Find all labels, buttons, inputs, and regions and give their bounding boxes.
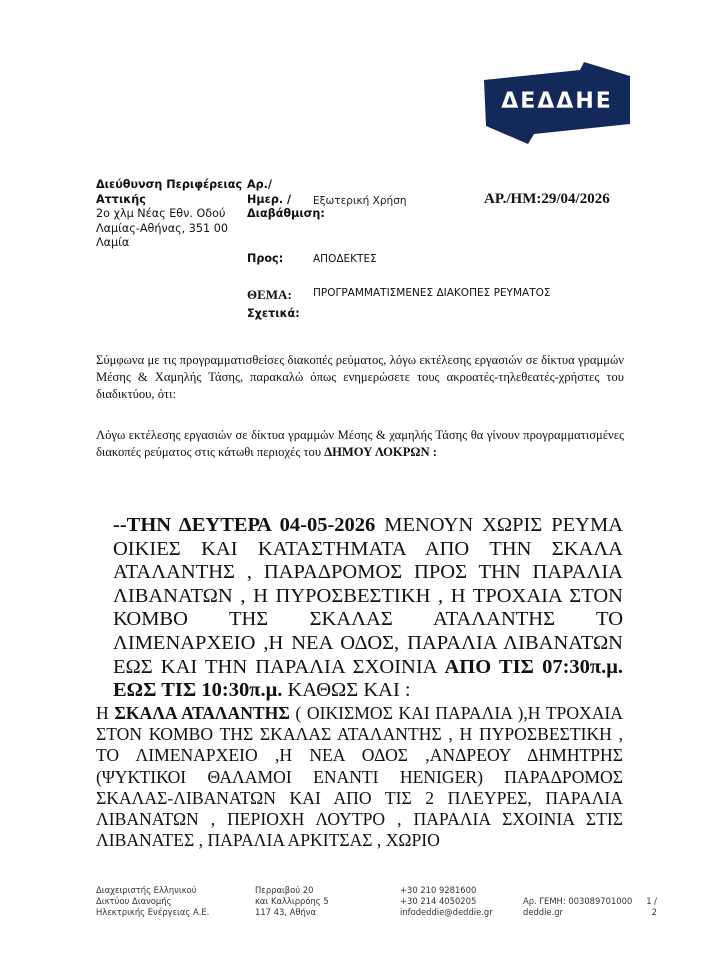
cont-areas: ( ΟΙΚΙΣΜΟΣ ΚΑΙ ΠΑΡΑΛΙΑ ),Η ΤΡΟΧΑΙΑ ΣΤΟΝ … <box>96 703 623 850</box>
footer-company: Διαχειριστής Ελληνικού Δικτύου Διανομής … <box>96 885 236 918</box>
footer-address-line1: Περραιβού 20 <box>255 885 375 896</box>
footer-phone2: +30 214 4050205 <box>400 896 520 907</box>
footer-address-line2: και Καλλιρρόης 5 <box>255 896 375 907</box>
outage-notice-continued: Η ΣΚΑΛΑ ΑΤΑΛΑΝΤΗΣ ( ΟΙΚΙΣΜΟΣ ΚΑΙ ΠΑΡΑΛΙΑ… <box>96 703 623 851</box>
page-total: 2 <box>637 907 657 918</box>
footer-address: Περραιβού 20 και Καλλιρρόης 5 117 43, Αθ… <box>255 885 375 918</box>
footer-email-link[interactable]: infodeddie@deddie.gr <box>400 907 520 918</box>
footer-address-line3: 117 43, Αθήνα <box>255 907 375 918</box>
cont-prefix: Η <box>96 703 114 723</box>
footer-phone1: +30 210 9281600 <box>400 885 520 896</box>
classification-value: Εξωτερική Χρήση <box>313 195 407 207</box>
municipality-name: ΔΗΜΟΥ ΛΟΚΡΩΝ : <box>324 445 437 459</box>
footer-registry: Αρ. ΓΕΜΗ: 003089701000 deddie.gr <box>523 896 633 918</box>
ref-label: Αρ./Ημερ. / Διαβάθμιση: <box>247 178 307 222</box>
sender-block: Διεύθυνση Περιφέρειας Αττικής 2ο χλμ Νέα… <box>96 178 246 251</box>
footer-website-link[interactable]: deddie.gr <box>523 907 633 918</box>
intro-paragraph: Σύμφωνα με τις προγραμματισθείσες διακοπ… <box>96 352 624 403</box>
logo-badge-icon: ΔΕΔΔΗΕ <box>484 62 630 144</box>
page-number: 1 / 2 <box>637 896 657 918</box>
reference-date: ΑΡ./ΗΜ:29/04/2026 <box>484 191 610 208</box>
outage-date: --ΤΗΝ ΔΕΥΤΕΡΑ 04-05-2026 <box>113 514 375 536</box>
sender-address-line2: Λαμίας-Αθήνας, 351 00 Λαμία <box>96 222 246 251</box>
outage-as-well: ΚΑΘΩΣ ΚΑΙ : <box>282 679 410 701</box>
page-current: 1 / <box>637 896 657 907</box>
footer-company-line3: Ηλεκτρικής Ενέργειας Α.Ε. <box>96 907 236 918</box>
outage-intro-paragraph: Λόγω εκτέλεσης εργασιών σε δίκτυα γραμμώ… <box>96 427 624 461</box>
outage-areas: ΜΕΝΟΥΝ ΧΩΡΙΣ ΡΕΥΜΑ ΟΙΚΙΕΣ ΚΑΙ ΚΑΤΑΣΤΗΜΑΤ… <box>113 514 623 678</box>
logo-text: ΔΕΔΔΗΕ <box>501 89 613 114</box>
outage-notice: --ΤΗΝ ΔΕΥΤΕΡΑ 04-05-2026 ΜΕΝΟΥΝ ΧΩΡΙΣ ΡΕ… <box>113 514 623 703</box>
subject-label: ΘΕΜΑ: <box>247 287 292 303</box>
footer-company-line2: Δικτύου Διανομής <box>96 896 236 907</box>
to-value: ΑΠΟΔΕΚΤΕΣ <box>313 253 377 265</box>
footer-gemi: Αρ. ΓΕΜΗ: 003089701000 <box>523 896 633 907</box>
to-label: Προς: <box>247 252 283 265</box>
related-label: Σχετικά: <box>247 307 300 320</box>
cont-bold-area: ΣΚΑΛΑ ΑΤΑΛΑΝΤΗΣ <box>114 703 290 723</box>
footer-company-line1: Διαχειριστής Ελληνικού <box>96 885 236 896</box>
footer-contact: +30 210 9281600 +30 214 4050205 infodedd… <box>400 885 520 918</box>
deddie-logo: ΔΕΔΔΗΕ <box>484 62 630 144</box>
sender-name: Διεύθυνση Περιφέρειας Αττικής <box>96 178 246 207</box>
subject-value: ΠΡΟΓΡΑΜΜΑΤΙΣΜΕΝΕΣ ΔΙΑΚΟΠΕΣ ΡΕΥΜΑΤΟΣ <box>313 287 551 299</box>
sender-address-line1: 2ο χλμ Νέας Εθν. Οδού <box>96 207 246 222</box>
